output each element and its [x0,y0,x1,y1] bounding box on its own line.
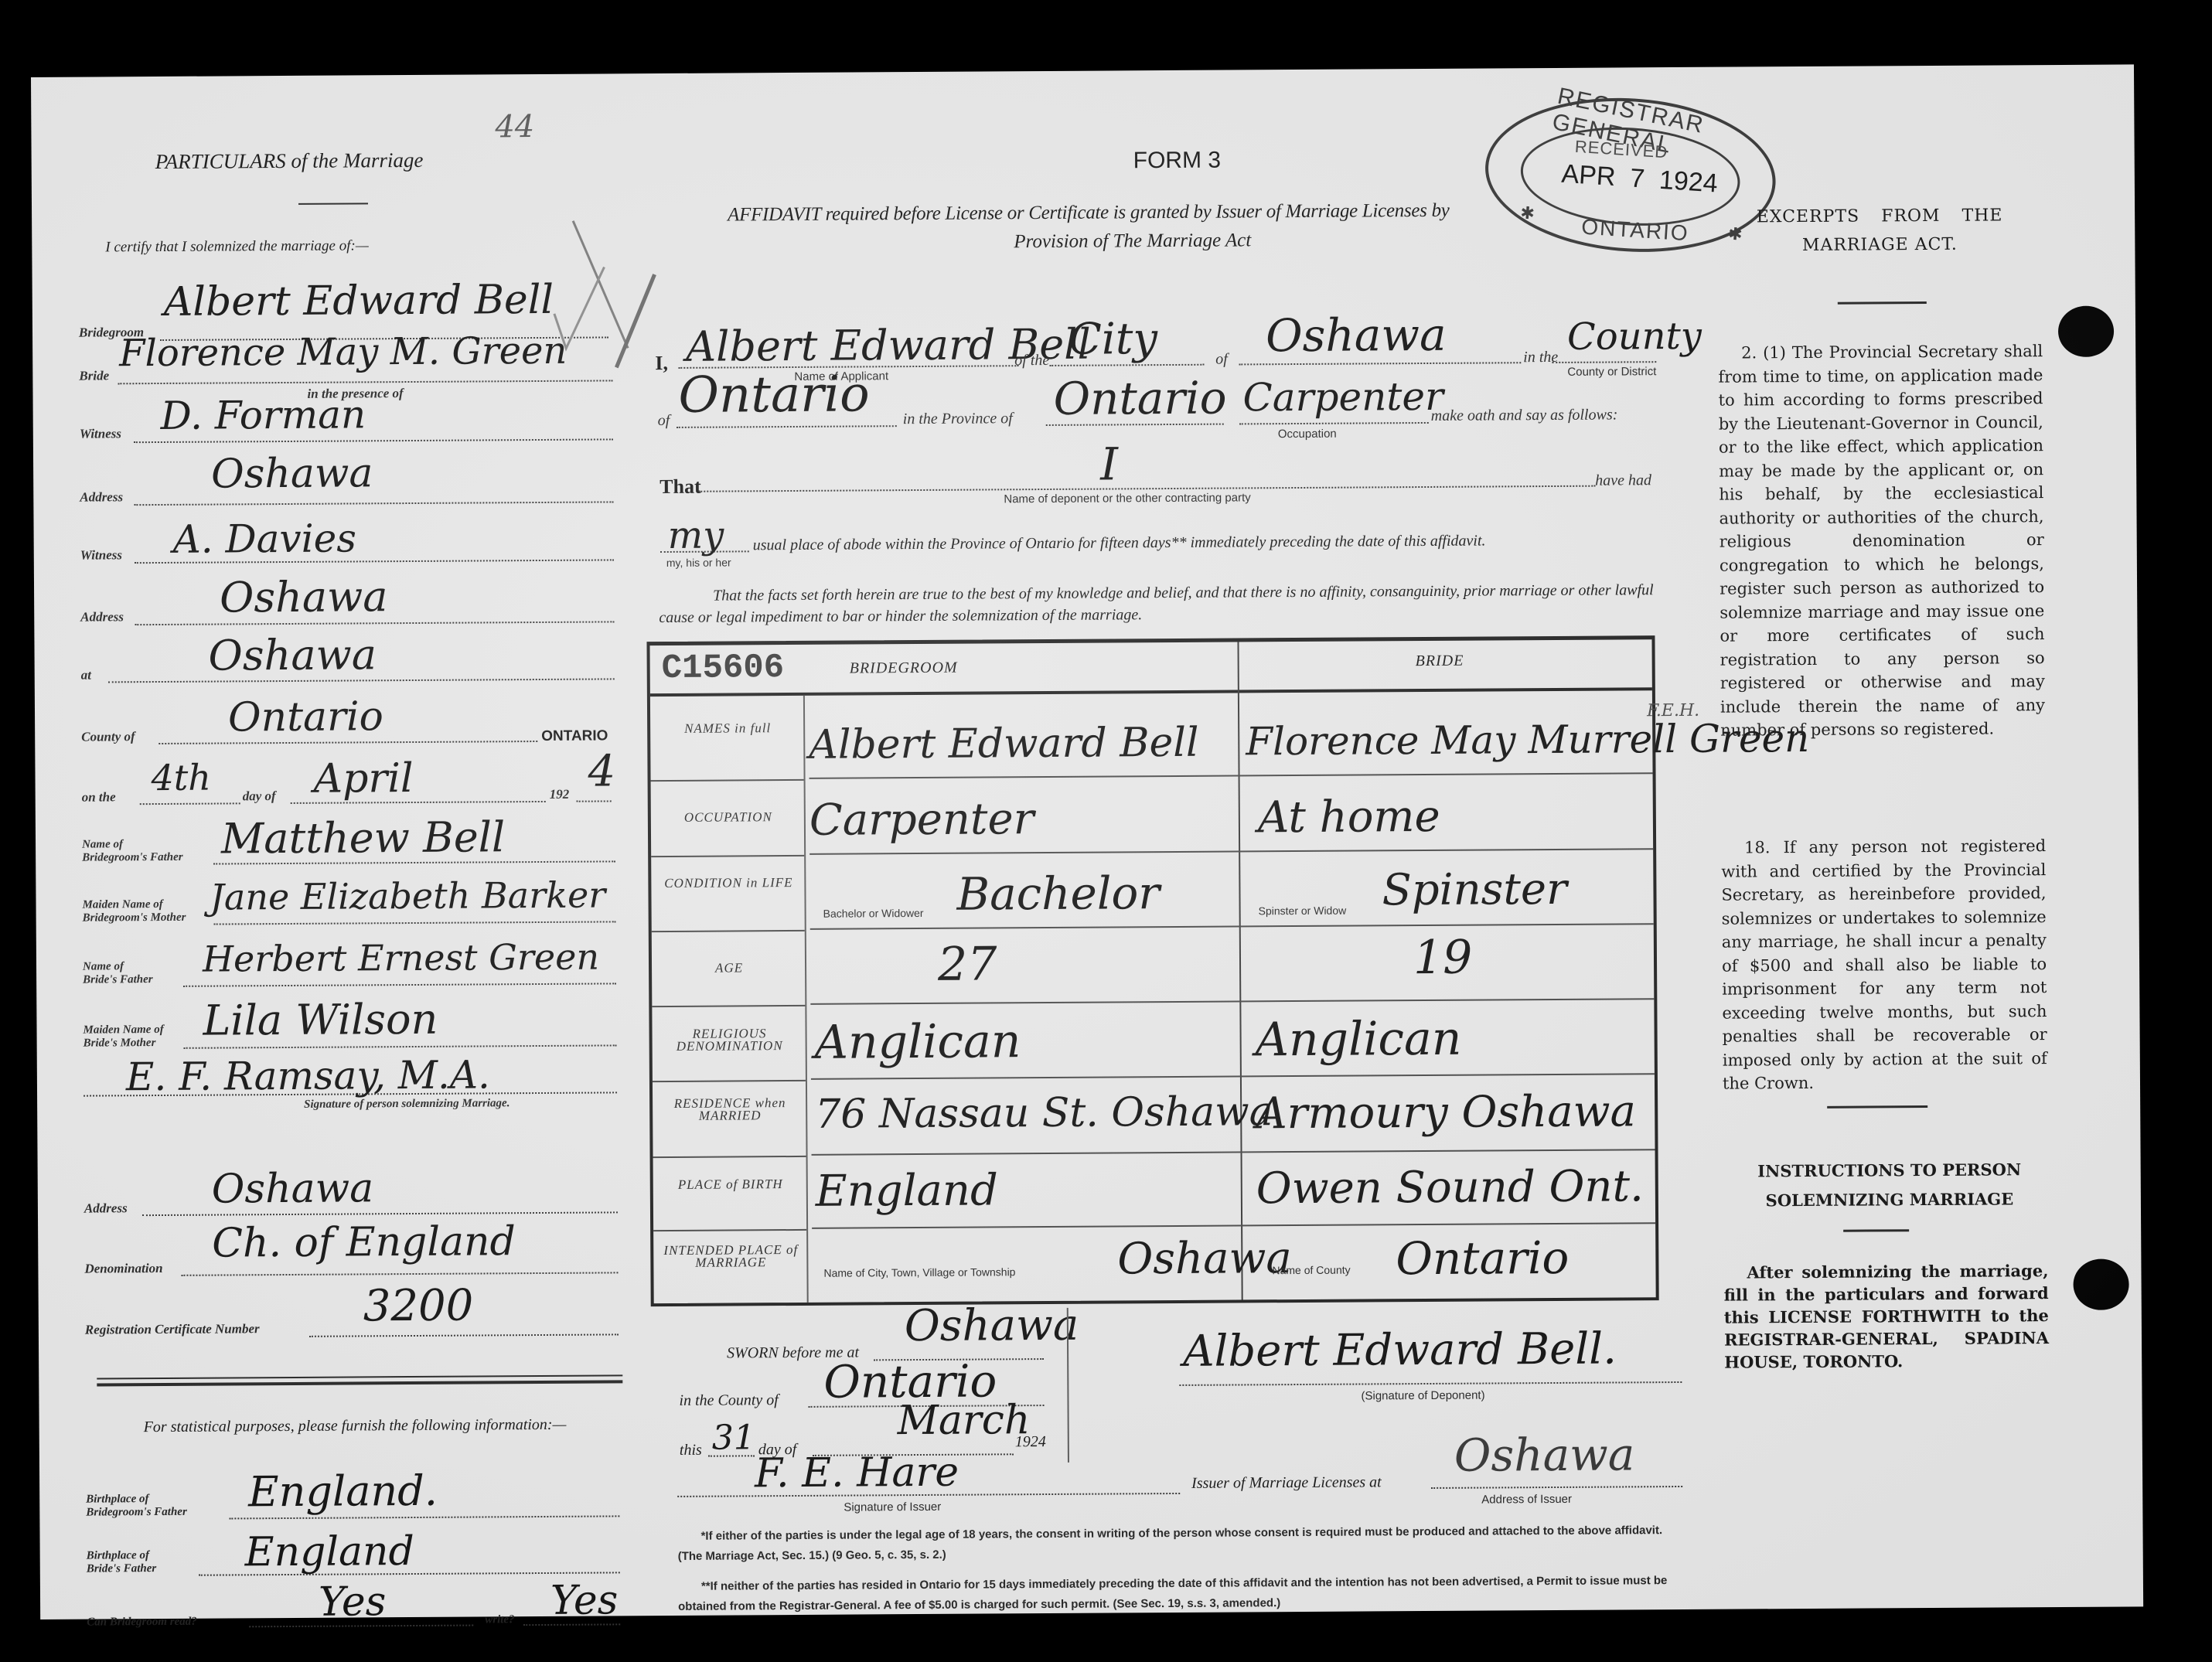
value-sworn-year: 1924 [1015,1433,1046,1451]
label-this: this [680,1442,702,1459]
row-line [810,923,1654,930]
row-line [809,848,1653,855]
line-deponent-signature [1179,1381,1682,1386]
line-groom-father-birthplace [229,1515,619,1519]
footnote-2: **If neither of the parties has resided … [678,1571,1687,1617]
instructions-title: INSTRUCTIONS TO PERSON SOLEMNIZING MARRI… [1727,1155,2052,1216]
bride-intended-county: Ontario [1396,1231,1569,1285]
row-line [653,1080,806,1082]
value-groom-father-birthplace: England. [248,1466,438,1516]
value-sworn-month: March [897,1397,1030,1444]
row-label-condition: CONDITION in LIFE [659,877,798,890]
bride-religion: Anglican [1255,1012,1461,1068]
caption-pronoun: my, his or her [666,556,731,569]
oath-text: make oath and say as follows: [1431,407,1618,422]
line-bride-father [183,983,616,986]
col-header-bridegroom: BRIDEGROOM [850,659,958,678]
row-line [651,779,804,782]
row-line [810,998,1654,1005]
abode-text: usual place of abode within the Province… [753,533,1486,555]
caption-issuer-address: Address of Issuer [1481,1493,1572,1507]
label-bride: Bride [79,369,109,383]
caption-county-type: County or District [1567,365,1656,379]
statistical-intro: For statistical purposes, please furnish… [97,1407,623,1444]
value-witness-1: D. Forman [161,392,366,438]
label-registration-cert-number: Registration Certificate Number [85,1322,260,1337]
label-groom-mother: Maiden Name ofBridegroom's Mother [82,898,186,925]
row-label-intended-place: INTENDED PLACE of MARRIAGE [661,1244,800,1269]
row-line [812,1222,1655,1229]
caption-city-town: Name of City, Town, Village or Township [823,1265,1015,1279]
line-year [577,800,612,802]
value-occupation: Carpenter [1242,374,1443,421]
line-issuer-address [1431,1486,1682,1489]
value-registration-cert-number: 3200 [363,1281,474,1332]
deponent-signature: Albert Edward Bell. [1183,1324,1617,1377]
line-registration-cert-number [309,1333,619,1337]
row-line [652,1005,805,1007]
value-pronoun: my [667,514,724,557]
table-label-divider [803,696,809,1303]
groom-condition: Bachelor [956,867,1160,921]
label-of-2: of [658,414,670,427]
row-label-religion: RELIGIOUS DENOMINATION [660,1027,799,1053]
caption-occupation: Occupation [1278,427,1337,441]
instructions-title-line-1: INSTRUCTIONS TO PERSON [1727,1155,2052,1187]
label-county-of: County of [81,730,135,744]
pencil-check-mark-icon [538,213,663,391]
bride-condition: Spinster [1382,864,1567,915]
label-witness-2: Witness [80,548,122,562]
caption-spinster-widow: Spinster or Widow [1259,904,1347,918]
row-label-names: NAMES in full [658,722,797,735]
row-label-birthplace: PLACE of BIRTH [661,1178,800,1191]
double-rule-bottom [97,1380,622,1386]
line-county-type [1552,361,1656,363]
excerpts-title-line-2: MARRIAGE ACT. [1721,234,2038,256]
officiant-signature: E. F. Ramsay, M.A. [126,1052,490,1099]
footnote-1: *If either of the parties is under the l… [677,1521,1686,1567]
line-witness-1 [134,438,613,443]
value-groom-write: Yes [550,1577,619,1624]
label-witness-1: Witness [80,427,121,441]
label-sworn-county: in the County of [679,1391,778,1410]
caption-issuer-signature: Signature of Issuer [844,1500,941,1514]
caption-deponent-signature: (Signature of Deponent) [1361,1389,1484,1403]
certify-text: I certify that I solemnized the marriage… [105,237,368,256]
row-line [653,1229,806,1231]
excerpts-title-line-1: EXCERPTS FROM THE [1721,206,2038,227]
row-line [811,1073,1655,1080]
label-at: at [81,669,91,683]
label-groom-father: Name ofBridegroom's Father [82,838,183,865]
label-address-2: Address [80,610,124,624]
value-officiant-address: Oshawa [212,1165,374,1212]
label-province: in the Province of [903,411,1013,426]
title-divider [298,203,368,205]
caption-deponent: Name of deponent or the other contractin… [1004,491,1250,506]
marriage-details-table: C15606 BRIDEGROOM BRIDE NAMES in full OC… [646,635,1658,1306]
groom-birthplace: England [816,1165,998,1216]
caption-bachelor-widower: Bachelor or Widower [823,907,924,920]
value-witness-2: A. Davies [172,516,356,561]
facts-text: That the facts set forth herein are true… [659,579,1675,628]
label-bride-father: Name ofBride's Father [83,960,153,987]
row-label-occupation: OCCUPATION [659,811,798,824]
groom-intended-place: Oshawa [1117,1233,1292,1284]
value-bride-father: Herbert Ernest Green [203,936,599,980]
row-line [651,855,804,857]
marriage-document-page: 44 PARTICULARS of the Marriage I certify… [31,64,2143,1619]
label-officiant-address: Address [84,1201,128,1215]
excerpts-divider [1838,301,1927,305]
value-issuer-address: Oshawa [1454,1428,1635,1481]
line-address-2 [135,621,614,625]
instructions-text: After solemnizing the marriage, fill in … [1723,1259,2049,1374]
label-on-the: on the [82,790,116,804]
groom-age: 27 [938,937,997,991]
certificate-number-stamp: C15606 [662,649,785,688]
value-year-suffix: 4 [588,746,615,796]
value-month: April [313,755,413,802]
groom-religion: Anglican [814,1014,1021,1070]
double-rule-top [97,1374,622,1379]
row-line [812,1149,1655,1156]
bride-occupation: At home [1258,792,1440,843]
act-section-2: 2. (1) The Provincial Secretary shall fr… [1718,339,2045,742]
label-address-1: Address [80,490,123,504]
line-county-name [677,425,897,428]
row-label-residence: RESIDENCE when MARRIED [660,1097,799,1122]
value-groom-read: Yes [319,1579,387,1626]
line-place-name [1239,362,1521,365]
stamp-star-left-icon: ✱ [1520,203,1535,223]
label-bride-father-birthplace: Birthplace ofBride's Father [87,1549,157,1576]
value-sworn-place: Oshawa [905,1300,1079,1351]
label-of: of [1215,352,1228,366]
line-occupation [1239,422,1429,424]
label-day-of: day of [243,789,276,803]
value-groom-father: Matthew Bell [221,812,506,863]
value-place-name: Oshawa [1266,308,1447,362]
value-address-1: Oshawa [211,450,373,497]
value-place-type: City [1069,314,1157,365]
instructions-divider-top [1827,1105,1927,1109]
table-header-rule [650,687,1652,696]
line-day [140,802,240,805]
line-groom-write [523,1623,620,1626]
value-county-type: County [1567,315,1702,359]
margin-note-initials: F.E.H. [1647,701,1699,720]
row-line [652,930,805,932]
row-line [809,772,1653,779]
affidavit-subtitle-2: Provision of The Marriage Act [1014,230,1251,253]
issuer-signature: F. E. Hare [755,1449,959,1497]
value-bride-father-birthplace: England [244,1528,414,1575]
label-denomination: Denomination [84,1262,162,1276]
value-day: 4th [151,757,211,799]
value-bridegroom: Albert Edward Bell [164,277,554,325]
instructions-divider-bottom [1843,1229,1909,1232]
label-have-had: have had [1595,473,1651,487]
label-ontario-print: ONTARIO [541,727,608,745]
table-bride-divider [1237,642,1242,1299]
bride-residence: Armoury Oshawa [1256,1086,1636,1139]
label-officiant-signature: Signature of person solemnizing Marriage… [304,1096,510,1112]
groom-occupation: Carpenter [809,794,1034,846]
value-bride: Florence May M. Green [119,329,567,376]
value-province: Ontario [1053,372,1226,425]
excerpts-title: EXCERPTS FROM THE MARRIAGE ACT. [1721,206,2038,256]
value-denomination: Ch. of England [212,1218,516,1266]
label-bride-mother: Maiden Name ofBride's Mother [83,1023,163,1051]
label-of-the: of the [1014,353,1049,367]
row-label-age: AGE [660,962,799,975]
value-county-name: Ontario [678,366,870,424]
value-groom-mother: Jane Elizabeth Barker [210,874,605,918]
line-groom-mother [214,921,616,925]
row-line [653,1156,806,1158]
value-address-2: Oshawa [220,572,388,622]
col-header-bride: BRIDE [1416,652,1464,670]
act-section-18: 18. If any person not registered with an… [1721,834,2047,1095]
affidavit-subtitle-1: AFFIDAVIT required before License or Cer… [728,200,1450,226]
label-year-prefix: 192 [550,788,570,802]
label-groom-father-birthplace: Birthplace ofBridegroom's Father [86,1493,187,1520]
value-sworn-day: 31 [712,1418,755,1457]
punch-hole-bottom [2073,1258,2128,1310]
line-address-1 [134,501,613,506]
value-bride-mother: Lila Wilson [203,995,438,1045]
punch-hole-top [2058,306,2114,357]
groom-name: Albert Edward Bell [809,720,1199,768]
groom-residence: 76 Nassau St. Oshawa [815,1088,1273,1138]
instructions-text-emphasis: LICENSE FORTHWITH to the REGISTRAR-GENER… [1724,1306,2049,1372]
value-at: Oshawa [208,630,377,679]
label-groom-write: write? [485,1613,514,1626]
line-county-of [158,741,537,744]
value-county-of: Ontario [228,693,383,741]
label-that: That [660,475,701,499]
page-number-mark: 44 [495,109,534,145]
particulars-title: PARTICULARS of the Marriage [155,148,424,174]
line-denomination [181,1272,618,1275]
label-issuer-at: Issuer of Marriage Licenses at [1191,1473,1382,1492]
caption-name-of-county: Name of County [1272,1264,1350,1277]
instructions-title-line-2: SOLEMNIZING MARRIAGE [1727,1184,2052,1216]
form-title: FORM 3 [1133,148,1222,175]
value-deponent: I [1100,438,1118,490]
bride-birthplace: Owen Sound Ont. [1256,1161,1644,1214]
label-groom-read: Can Bridegroom read? [87,1615,197,1630]
bride-age: 19 [1413,931,1473,985]
line-bride-mother [184,1044,617,1048]
line-bride [118,380,612,384]
